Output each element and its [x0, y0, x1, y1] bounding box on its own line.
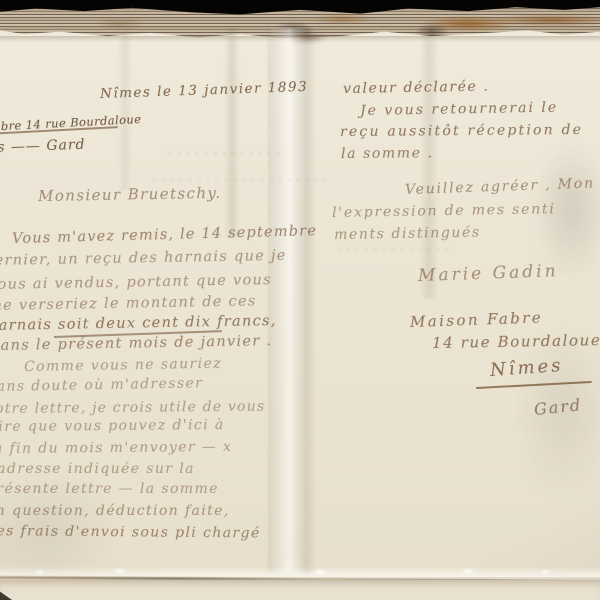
ghost-writing-marks — [166, 150, 281, 157]
ghost-writing-marks — [335, 246, 455, 253]
fold-shadow — [224, 28, 240, 238]
underlying-sheet — [0, 580, 600, 600]
body-line: la fin du mois m'envoyer — x — [0, 439, 232, 457]
ghost-writing-marks — [150, 176, 330, 183]
right-column-line: la somme . — [341, 145, 434, 162]
salutation-line: Monsieur Bruetschy. — [38, 184, 222, 205]
body-line: en question, déduction faite, — [0, 503, 230, 519]
body-line: votre lettre, je crois utile de vous — [0, 399, 265, 417]
right-column-line: reçu aussitôt réception de — [340, 122, 583, 140]
fold-shadow — [420, 28, 438, 298]
body-line: l'adresse indiquée sur la — [0, 461, 195, 477]
body-line: présente lettre — la somme — [0, 481, 219, 497]
crumple-bumps — [0, 564, 600, 576]
body-line: des frais d'envoi sous pli chargé — [0, 523, 261, 541]
fold-shadow — [118, 30, 132, 190]
body-line: dire que vous pouvez d'ici à — [0, 417, 225, 435]
right-column-line: valeur déclarée . — [343, 78, 490, 97]
ink-stain — [288, 33, 328, 43]
letter-photo: Nîmes le 13 janvier 1893 Fabre 14 rue Bo… — [0, 0, 600, 600]
vertical-fold-crease — [268, 28, 316, 573]
address-line: 14 rue Bourdaloue — [432, 331, 600, 352]
closing-line: ments distingués — [334, 224, 481, 243]
